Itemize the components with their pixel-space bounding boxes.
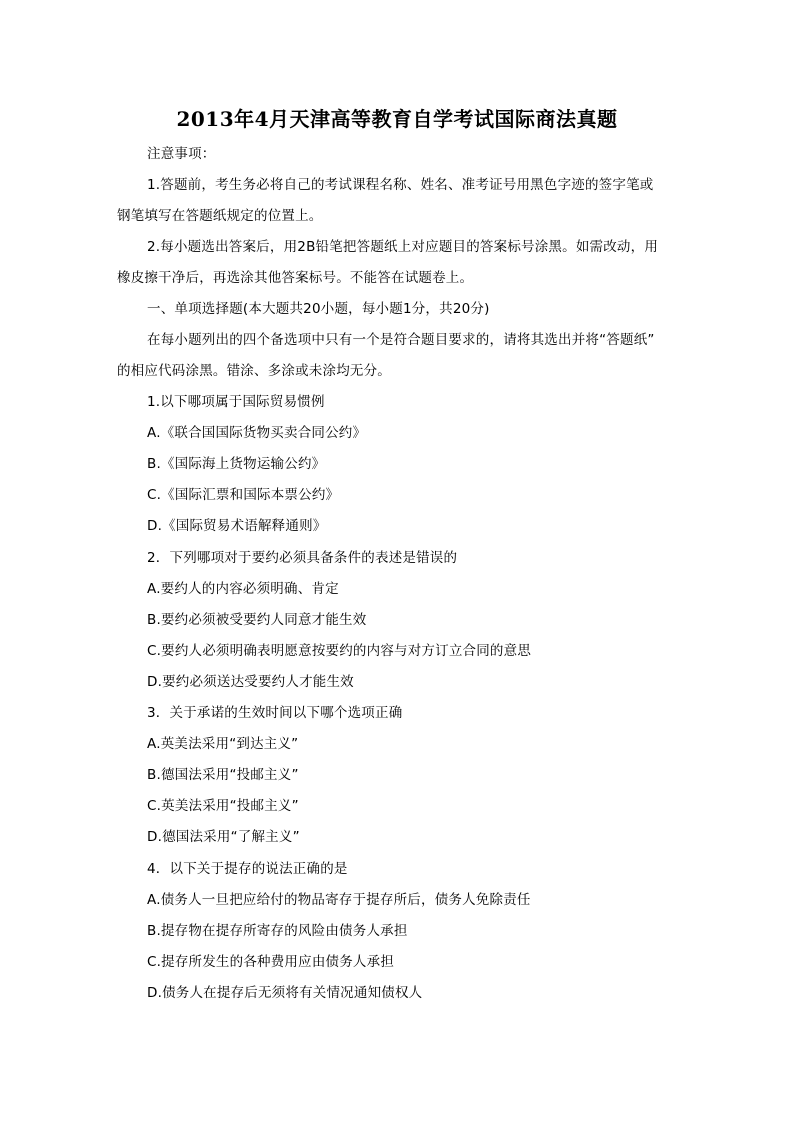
- section-instruction-line-2: 的相应代码涂黑。错涂、多涂或未涂均无分。: [117, 362, 391, 380]
- question-2-option-b: B.要约必须被受要约人同意才能生效: [147, 611, 366, 629]
- section-heading: 一、单项选择题(本大题共20小题，每小题1分，共20分): [147, 300, 490, 318]
- question-3-option-a: A.英美法采用“到达主义”: [147, 735, 298, 753]
- notice-item-2-line-1: 2.每小题选出答案后，用2B铅笔把答题纸上对应题目的答案标号涂黑。如需改动，用: [147, 238, 658, 256]
- question-1-option-a: A.《联合国国际货物买卖合同公约》: [147, 424, 366, 442]
- question-2-option-d: D.要约必须送达受要约人才能生效: [147, 673, 354, 691]
- notice-item-1-line-2: 钢笔填写在答题纸规定的位置上。: [117, 207, 323, 225]
- question-4-option-d: D.债务人在提存后无须将有关情况通知债权人: [147, 984, 422, 1002]
- question-4-option-a: A.债务人一旦把应给付的物品寄存于提存所后，债务人免除责任: [147, 891, 531, 909]
- question-3-option-d: D.德国法采用“了解主义”: [147, 828, 300, 846]
- question-1-stem: 1.以下哪项属于国际贸易惯例: [147, 393, 325, 411]
- question-2-option-a: A.要约人的内容必须明确、肯定: [147, 580, 339, 598]
- question-2-option-c: C.要约人必须明确表明愿意按要约的内容与对方订立合同的意思: [147, 642, 531, 660]
- section-instruction-line-1: 在每小题列出的四个备选项中只有一个是符合题目要求的，请将其选出并将“答题纸”: [147, 331, 655, 349]
- question-1-option-c: C.《国际汇票和国际本票公约》: [147, 486, 339, 504]
- notice-item-2-line-2: 橡皮擦干净后，再选涂其他答案标号。不能答在试题卷上。: [117, 269, 473, 287]
- question-4-option-c: C.提存所发生的各种费用应由债务人承担: [147, 953, 394, 971]
- question-2-stem: 2．下列哪项对于要约必须具备条件的表述是错误的: [147, 549, 457, 567]
- question-1-option-b: B.《国际海上货物运输公约》: [147, 455, 325, 473]
- document-title: 2013年4月天津高等教育自学考试国际商法真题: [0, 103, 794, 132]
- document-page: 2013年4月天津高等教育自学考试国际商法真题 注意事项： 1.答题前，考生务必…: [0, 0, 794, 1123]
- question-4-option-b: B.提存物在提存所寄存的风险由债务人承担: [147, 922, 408, 940]
- notice-item-1-line-1: 1.答题前，考生务必将自己的考试课程名称、姓名、准考证号用黑色字迹的签字笔或: [147, 176, 653, 194]
- question-1-option-d: D.《国际贸易术语解释通则》: [147, 517, 327, 535]
- notice-heading: 注意事项：: [147, 145, 216, 163]
- question-3-option-c: C.英美法采用“投邮主义”: [147, 797, 299, 815]
- question-3-stem: 3．关于承诺的生效时间以下哪个选项正确: [147, 704, 402, 722]
- question-4-stem: 4．以下关于提存的说法正确的是: [147, 860, 348, 878]
- question-3-option-b: B.德国法采用“投邮主义”: [147, 766, 299, 784]
